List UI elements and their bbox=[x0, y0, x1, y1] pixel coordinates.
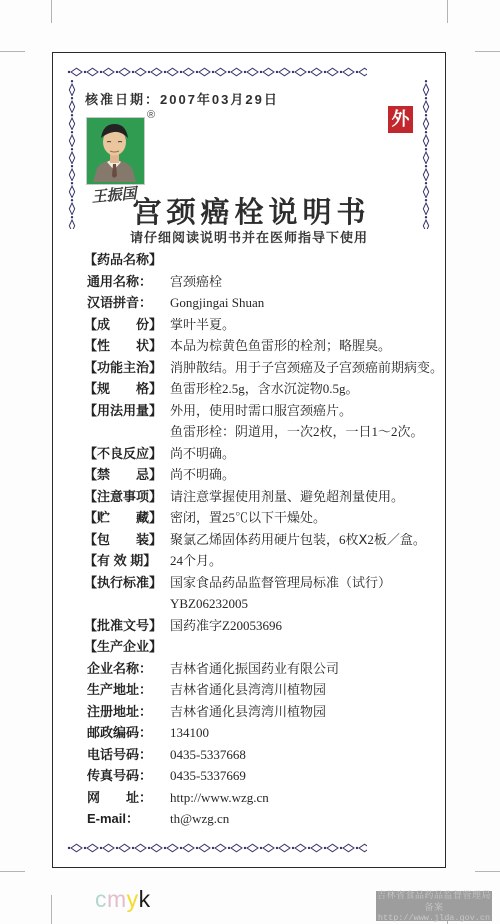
diamond-border-top bbox=[67, 67, 367, 77]
leaflet-row: 传真号码：0435-5337669 bbox=[84, 765, 439, 787]
field-value: th@wzg.cn bbox=[170, 808, 229, 830]
field-value: 吉林省通化县湾湾川植物园 bbox=[170, 701, 326, 723]
field-label: 【禁 忌】 bbox=[84, 464, 170, 486]
field-label: 汉语拼音： bbox=[84, 292, 170, 314]
field-label: 注册地址： bbox=[84, 701, 170, 723]
leaflet-row-cont: YBZ06232005 bbox=[84, 593, 439, 615]
leaflet-row: 【包 装】聚氯乙烯固体药用硬片包装，6枚Ⅹ2板／盒。 bbox=[84, 529, 439, 551]
cmyk-letter-k: k bbox=[139, 886, 151, 912]
field-label: 【有 效 期】 bbox=[84, 550, 170, 572]
field-label: 【药品名称】 bbox=[84, 249, 170, 271]
approval-date-value: 2007年03月29日 bbox=[160, 92, 279, 107]
crop-mark-top-right-h bbox=[475, 51, 500, 52]
field-label: 网 址： bbox=[84, 787, 170, 809]
crop-mark-bottom-left-v bbox=[51, 895, 52, 924]
crop-mark-bottom-left-h bbox=[0, 871, 25, 872]
leaflet-row: 注册地址：吉林省通化县湾湾川植物园 bbox=[84, 701, 439, 723]
field-label: 通用名称： bbox=[84, 271, 170, 293]
field-label: 【用法用量】 bbox=[84, 400, 170, 422]
leaflet-row: 邮政编码：134100 bbox=[84, 722, 439, 744]
leaflet-sheet: 核准日期：2007年03月29日 ® 王振国 外 宫颈癌栓说明书 请仔细阅读说明… bbox=[52, 52, 446, 868]
field-value: 鱼雷形栓：阴道用，一次2枚，一日1～2次。 bbox=[170, 421, 424, 443]
field-value: 134100 bbox=[170, 722, 209, 744]
leaflet-row: 电话号码：0435-5337668 bbox=[84, 744, 439, 766]
field-value: Gongjingai Shuan bbox=[170, 292, 264, 314]
leaflet-row: 【生产企业】 bbox=[84, 636, 439, 658]
cmyk-letter-m: m bbox=[107, 886, 127, 912]
leaflet-row: 【药品名称】 bbox=[84, 249, 439, 271]
field-label: 传真号码： bbox=[84, 765, 170, 787]
leaflet-row: E-mail：th@wzg.cn bbox=[84, 808, 439, 830]
leaflet-scan-page: { "colors": { "accent_red": "#c1272d", "… bbox=[0, 0, 500, 924]
field-label: E-mail： bbox=[84, 808, 170, 830]
leaflet-row: 【有 效 期】24个月。 bbox=[84, 550, 439, 572]
crop-mark-bottom-right-h bbox=[475, 871, 500, 872]
field-value: 密闭，置25℃以下干燥处。 bbox=[170, 507, 326, 529]
field-value: 吉林省通化县湾湾川植物园 bbox=[170, 679, 326, 701]
crop-mark-top-left-h bbox=[0, 51, 25, 52]
field-value: 0435-5337669 bbox=[170, 765, 246, 787]
field-label: 【功能主治】 bbox=[84, 357, 170, 379]
leaflet-row: 【规 格】鱼雷形栓2.5g，含水沉淀物0.5g。 bbox=[84, 378, 439, 400]
crop-mark-top-left-v bbox=[51, 0, 52, 23]
leaflet-row: 【不良反应】尚不明确。 bbox=[84, 443, 439, 465]
cmyk-print-mark: cmyk bbox=[95, 886, 151, 913]
field-label: 邮政编码： bbox=[84, 722, 170, 744]
field-value: 消肿散结。用于子宫颈癌及子宫颈癌前期病变。 bbox=[170, 357, 443, 379]
field-label: 【性 状】 bbox=[84, 335, 170, 357]
filing-url-text: http://www.jlda.gov.cn bbox=[376, 913, 492, 924]
diamond-border-bottom bbox=[67, 843, 367, 853]
field-value: 尚不明确。 bbox=[170, 464, 235, 486]
approval-date-line: 核准日期：2007年03月29日 bbox=[85, 89, 279, 108]
field-value: 24个月。 bbox=[170, 550, 222, 572]
field-label: 【贮 藏】 bbox=[84, 507, 170, 529]
field-value: http://www.wzg.cn bbox=[170, 787, 269, 809]
leaflet-row: 【注意事项】请注意掌握使用剂量、避免超剂量使用。 bbox=[84, 486, 439, 508]
field-label: 【包 装】 bbox=[84, 529, 170, 551]
field-label: 【执行标准】 bbox=[84, 572, 170, 594]
external-use-badge: 外 bbox=[388, 106, 413, 133]
leaflet-subtitle: 请仔细阅读说明书并在医师指导下使用 bbox=[53, 227, 445, 246]
field-value: 鱼雷形栓2.5g，含水沉淀物0.5g。 bbox=[170, 378, 359, 400]
field-value: 尚不明确。 bbox=[170, 443, 235, 465]
crop-mark-top-right-v bbox=[447, 0, 448, 23]
leaflet-row: 【贮 藏】密闭，置25℃以下干燥处。 bbox=[84, 507, 439, 529]
field-value: 宫颈癌栓 bbox=[170, 271, 222, 293]
leaflet-items: 【药品名称】通用名称：宫颈癌栓汉语拼音：Gongjingai Shuan【成 份… bbox=[84, 249, 439, 830]
field-label: 【规 格】 bbox=[84, 378, 170, 400]
leaflet-title: 宫颈癌栓说明书 bbox=[53, 190, 445, 231]
field-value: 国药准字Z20053696 bbox=[170, 615, 282, 637]
field-label: 电话号码： bbox=[84, 744, 170, 766]
field-value: 国家食品药品监督管理局标准（试行） bbox=[170, 572, 391, 594]
filing-authority-text: 吉林省食品药品监督管理局备案 bbox=[376, 889, 492, 913]
portrait-illustration bbox=[87, 118, 142, 182]
field-label: 【生产企业】 bbox=[84, 636, 170, 658]
leaflet-row: 【批准文号】国药准字Z20053696 bbox=[84, 615, 439, 637]
field-value: 吉林省通化振国药业有限公司 bbox=[170, 658, 339, 680]
filing-watermark: 吉林省食品药品监督管理局备案 http://www.jlda.gov.cn bbox=[376, 891, 492, 921]
field-value: 0435-5337668 bbox=[170, 744, 246, 766]
leaflet-row: 【成 份】掌叶半夏。 bbox=[84, 314, 439, 336]
leaflet-row: 【功能主治】消肿散结。用于子宫颈癌及子宫颈癌前期病变。 bbox=[84, 357, 439, 379]
field-label: 【不良反应】 bbox=[84, 443, 170, 465]
leaflet-row: 通用名称：宫颈癌栓 bbox=[84, 271, 439, 293]
field-value: 本品为棕黄色鱼雷形的栓剂；略腥臭。 bbox=[170, 335, 391, 357]
cmyk-letter-c: c bbox=[95, 886, 107, 912]
registered-trademark-symbol: ® bbox=[147, 109, 155, 121]
leaflet-row: 【执行标准】国家食品药品监督管理局标准（试行） bbox=[84, 572, 439, 594]
field-label: 企业名称： bbox=[84, 658, 170, 680]
leaflet-row: 【用法用量】外用，使用时需口服宫颈癌片。 bbox=[84, 400, 439, 422]
leaflet-row: 网 址：http://www.wzg.cn bbox=[84, 787, 439, 809]
leaflet-row-cont: 鱼雷形栓：阴道用，一次2枚，一日1～2次。 bbox=[84, 421, 439, 443]
field-value: YBZ06232005 bbox=[170, 593, 248, 615]
field-value: 掌叶半夏。 bbox=[170, 314, 235, 336]
field-label: 【成 份】 bbox=[84, 314, 170, 336]
field-value: 外用，使用时需口服宫颈癌片。 bbox=[170, 400, 352, 422]
field-label: 【批准文号】 bbox=[84, 615, 170, 637]
leaflet-row: 【性 状】本品为棕黄色鱼雷形的栓剂；略腥臭。 bbox=[84, 335, 439, 357]
field-value: 聚氯乙烯固体药用硬片包装，6枚Ⅹ2板／盒。 bbox=[170, 529, 426, 551]
leaflet-row: 汉语拼音：Gongjingai Shuan bbox=[84, 292, 439, 314]
founder-portrait-photo bbox=[86, 117, 145, 185]
field-value: 请注意掌握使用剂量、避免超剂量使用。 bbox=[170, 486, 404, 508]
field-label: 生产地址： bbox=[84, 679, 170, 701]
cmyk-letter-y: y bbox=[127, 886, 139, 912]
leaflet-row: 生产地址：吉林省通化县湾湾川植物园 bbox=[84, 679, 439, 701]
leaflet-row: 企业名称：吉林省通化振国药业有限公司 bbox=[84, 658, 439, 680]
approval-date-label: 核准日期： bbox=[85, 92, 160, 107]
leaflet-row: 【禁 忌】尚不明确。 bbox=[84, 464, 439, 486]
field-label: 【注意事项】 bbox=[84, 486, 170, 508]
